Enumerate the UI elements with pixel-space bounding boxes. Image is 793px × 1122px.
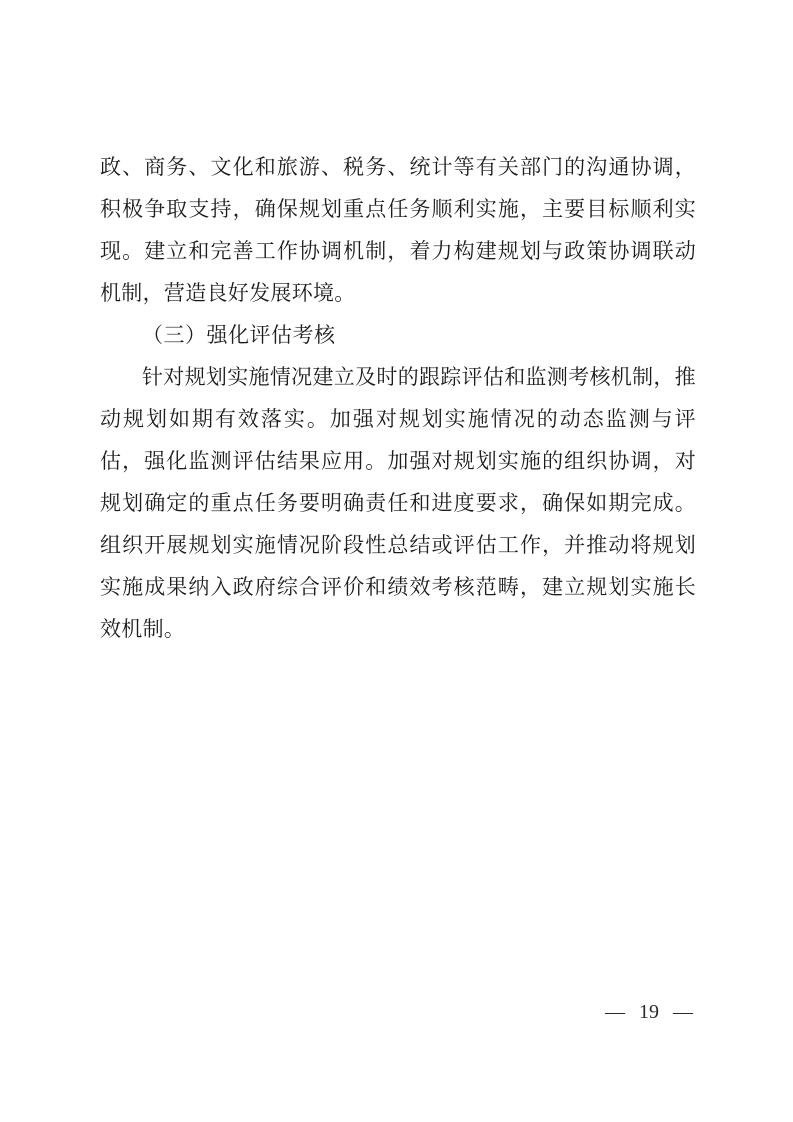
page-content: 政、商务、文化和旅游、税务、统计等有关部门的沟通协调，积极争取支持，确保规划重点… [100,146,696,650]
paragraph-continuation: 政、商务、文化和旅游、税务、统计等有关部门的沟通协调，积极争取支持，确保规划重点… [100,146,696,314]
page-number-footer: — 19 — [605,1000,693,1024]
page-number-left-dash: — [605,1000,625,1024]
paragraph-body: 针对规划实施情况建立及时的跟踪评估和监测考核机制，推动规划如期有效落实。加强对规… [100,356,696,650]
page-number-right-dash: — [673,1000,693,1024]
document-page: 政、商务、文化和旅游、税务、统计等有关部门的沟通协调，积极争取支持，确保规划重点… [0,0,793,1122]
page-number: 19 [639,1000,659,1024]
section-heading: （三）强化评估考核 [100,314,696,356]
